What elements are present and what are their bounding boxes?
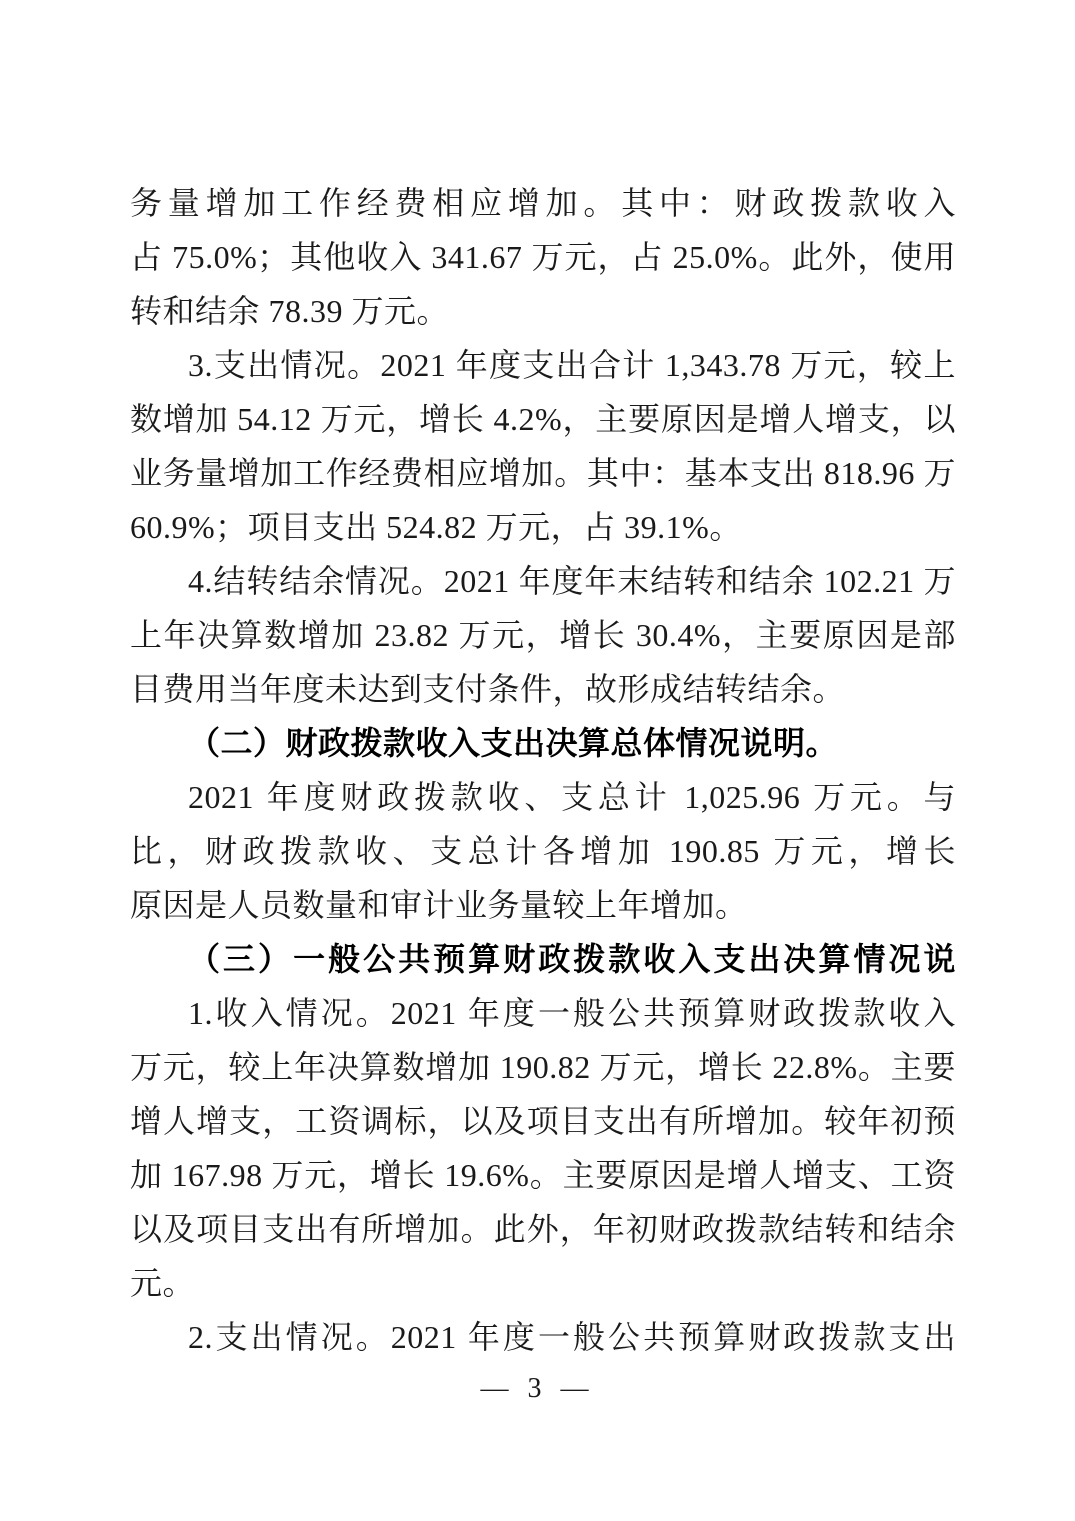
section-heading-line: （二）财政拨款收入支出决算总体情况说明。 — [130, 716, 956, 770]
section-heading-line: （三）一般公共预算财政拨款收入支出决算情况说明。 — [130, 932, 956, 986]
text-line: 1.收入情况。2021 年度一般公共预算财政拨款收入 1,025.93 — [130, 986, 956, 1040]
text-line: 增人增支，工资调标，以及项目支出有所增加。较年初预算数增 — [130, 1094, 956, 1148]
text-line: 占 75.0%；其他收入 341.67 万元，占 25.0%。此外，使用年初结 — [130, 230, 956, 284]
text-line: 加 167.98 万元，增长 19.6%。主要原因是增人增支、工资调标， — [130, 1148, 956, 1202]
text-line: 2021 年度财政拨款收、支总计 1,025.96 万元。与 2020 年相 — [130, 770, 956, 824]
text-line: 务量增加工作经费相应增加。其中：财政拨款收入 1,025.93 万元， — [130, 176, 956, 230]
text-line: 万元，较上年决算数增加 190.82 万元，增长 22.8%。主要原因是 — [130, 1040, 956, 1094]
text-line: 4.结转结余情况。2021 年度年末结转和结余 102.21 万元，较 — [130, 554, 956, 608]
text-line: 业务量增加工作经费相应增加。其中：基本支出 818.96 万元，占 — [130, 446, 956, 500]
text-line: 3.支出情况。2021 年度支出合计 1,343.78 万元，较上年决算 — [130, 338, 956, 392]
text-line: 比，财政拨款收、支总计各增加 190.85 万元，增长 22.9%。主要 — [130, 824, 956, 878]
text-line: 60.9%；项目支出 524.82 万元，占 39.1%。 — [130, 500, 956, 554]
text-line: 上年决算数增加 23.82 万元，增长 30.4%，主要原因是部分审计项 — [130, 608, 956, 662]
text-line: 元。 — [130, 1256, 956, 1310]
document-page: 务量增加工作经费相应增加。其中：财政拨款收入 1,025.93 万元，占 75.… — [0, 0, 1075, 1521]
text-line: 2.支出情况。2021 年度一般公共预算财政拨款支出 1,025.96 — [130, 1310, 956, 1364]
text-line: 以及项目支出有所增加。此外，年初财政拨款结转和结余 0.03 万 — [130, 1202, 956, 1256]
text-line: 原因是人员数量和审计业务量较上年增加。 — [130, 878, 956, 932]
text-line: 数增加 54.12 万元，增长 4.2%，主要原因是增人增支，以及审计 — [130, 392, 956, 446]
document-body: 务量增加工作经费相应增加。其中：财政拨款收入 1,025.93 万元，占 75.… — [130, 176, 956, 1364]
text-line: 目费用当年度未达到支付条件，故形成结转结余。 — [130, 662, 956, 716]
text-line: 转和结余 78.39 万元。 — [130, 284, 956, 338]
page-number-footer: — 3 — — [0, 1372, 1075, 1406]
